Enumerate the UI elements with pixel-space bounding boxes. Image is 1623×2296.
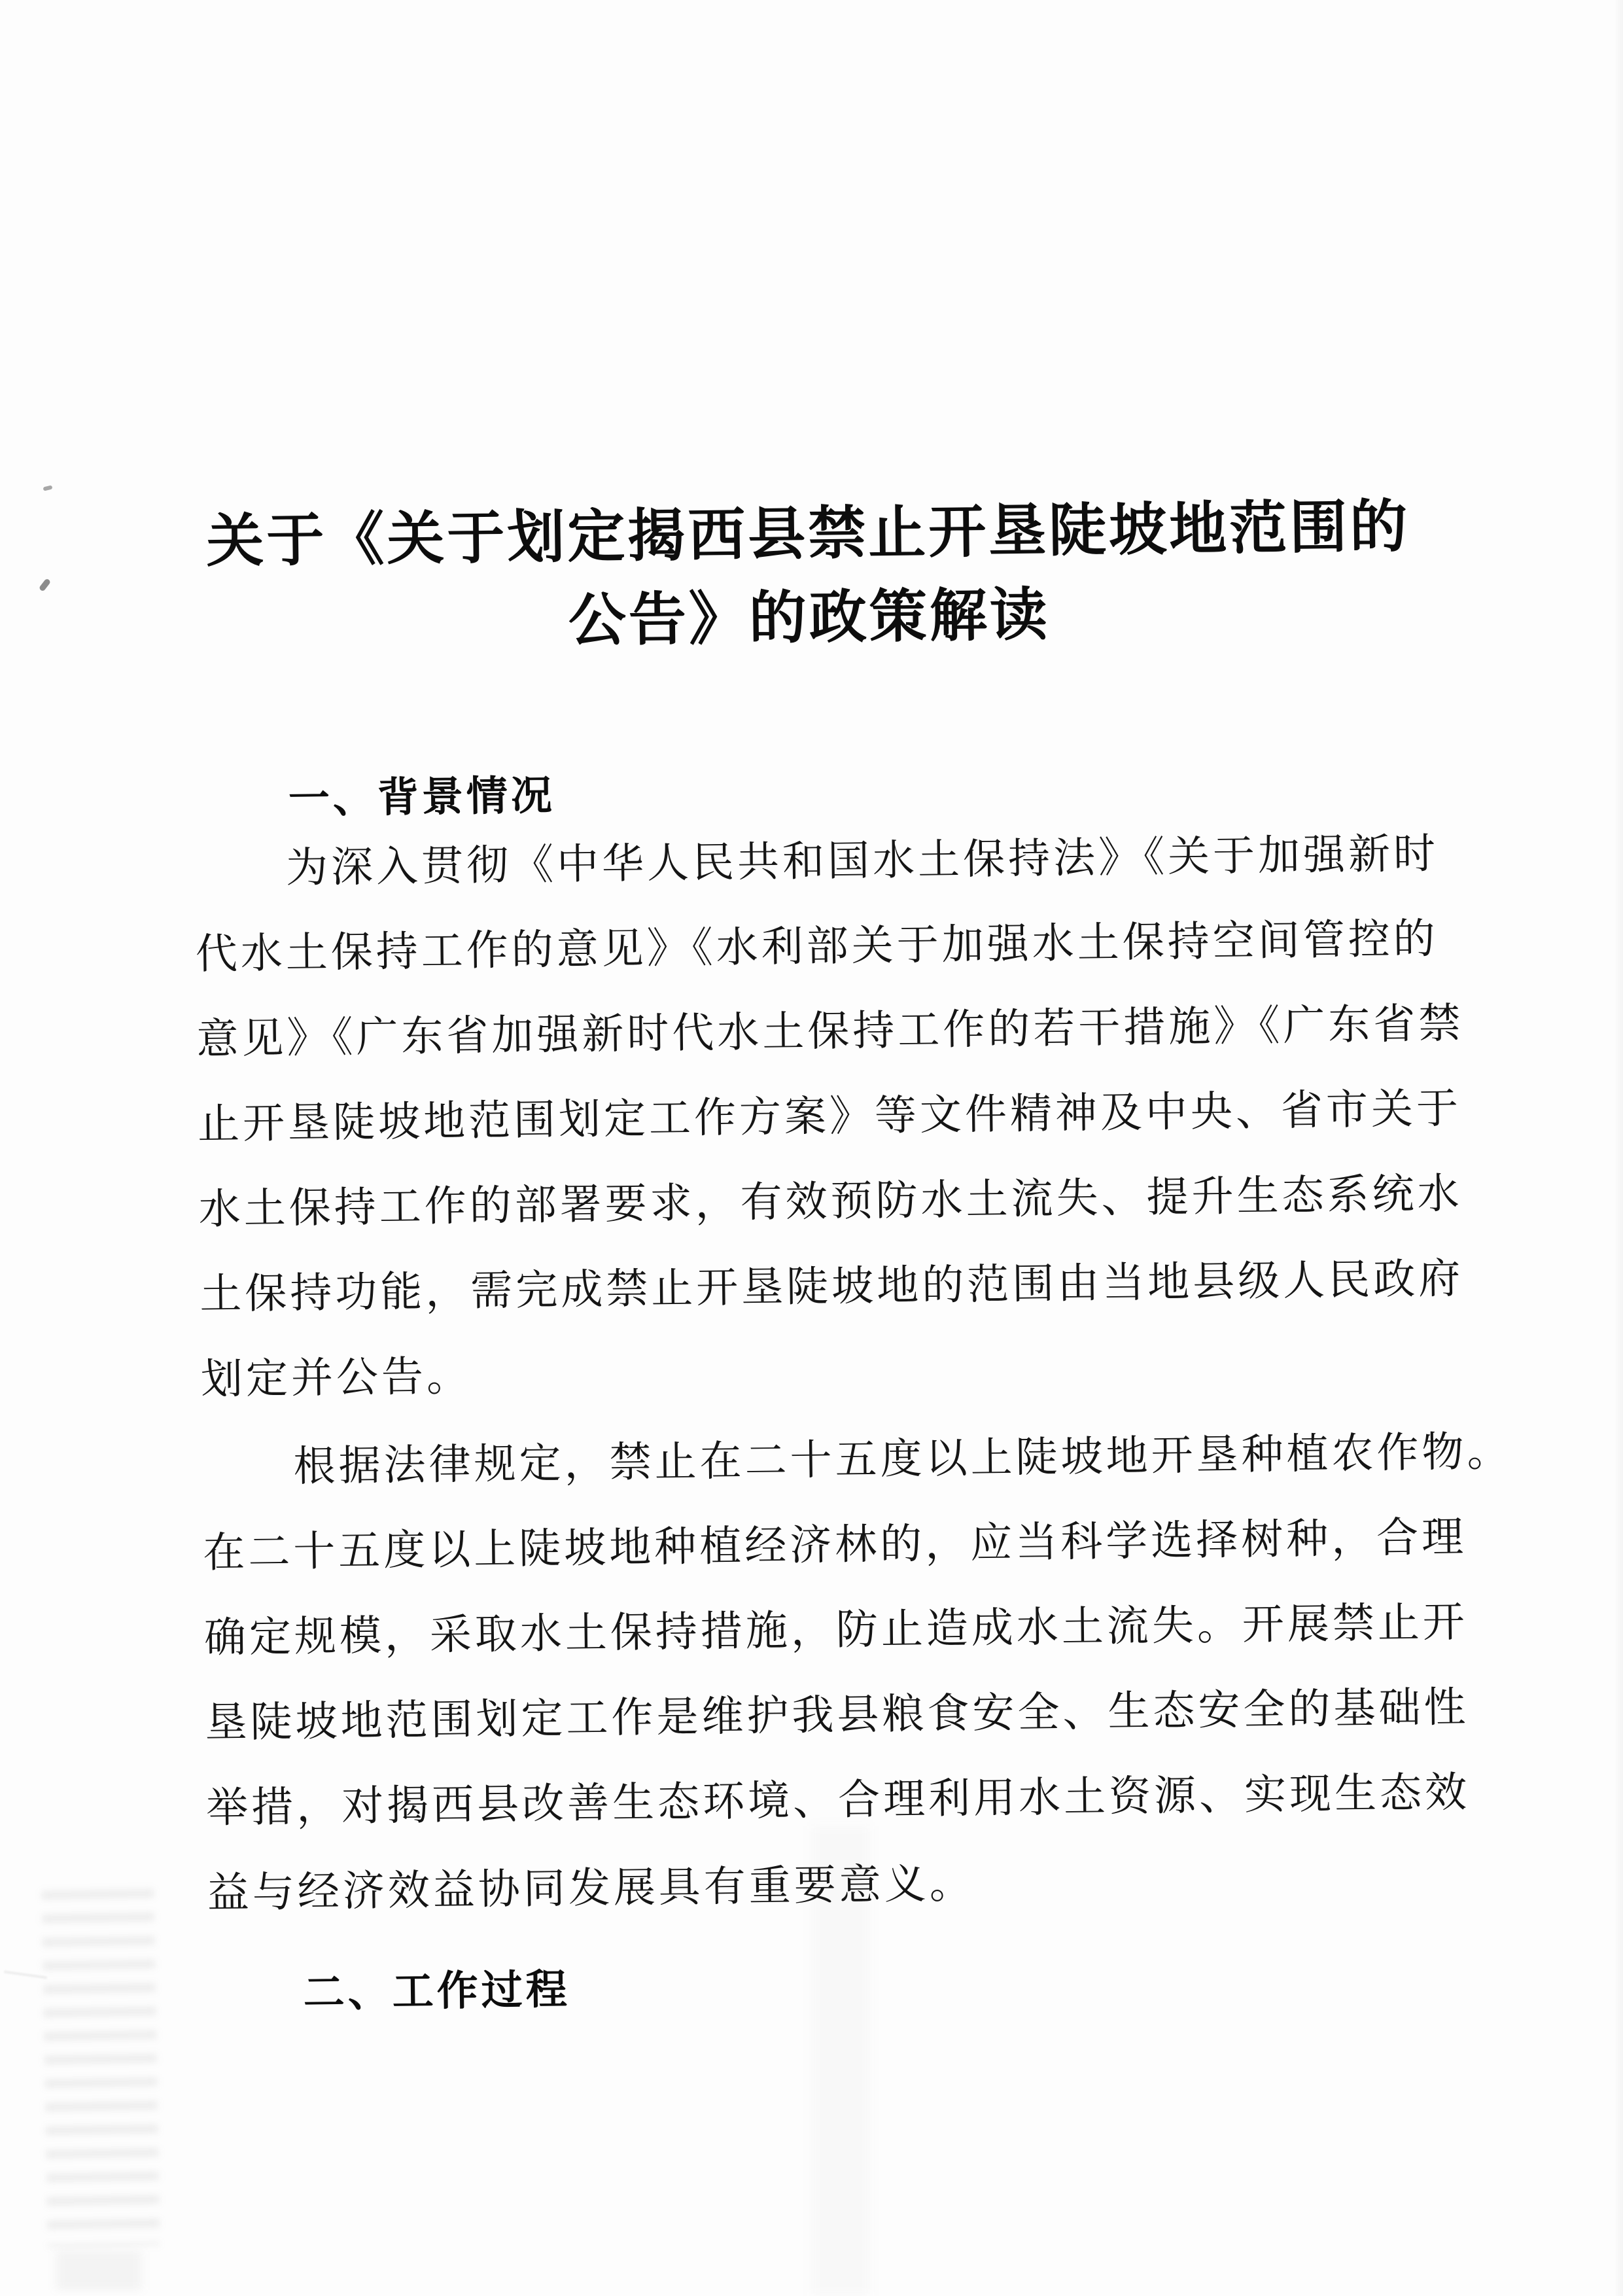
body-line: 确定规模，采取水土保持措施，防止造成水土流失。开展禁止开 xyxy=(203,1580,1470,1680)
body-line: 水土保持工作的部署要求，有效预防水土流失、提升生态系统水 xyxy=(198,1152,1465,1252)
body-line: 土保持功能，需完成禁止开垦陡坡地的范围由当地县级人民政府 xyxy=(200,1237,1466,1337)
body-line: 代水土保持工作的意见》《水利部关于加强水土保持空间管控的 xyxy=(195,896,1461,997)
scan-bleedthrough-ghost-text xyxy=(41,1889,160,2248)
scanned-document-page: 关于《关于划定揭西县禁止开垦陡坡地范围的 公告》的政策解读 一、背景情况 为深入… xyxy=(0,0,1623,2296)
body-line: 意见》《广东省加强新时代水土保持工作的若干措施》《广东省禁 xyxy=(196,981,1463,1082)
body-line: 垦陡坡地范围划定工作是维护我县粮食安全、生态安全的基础性 xyxy=(205,1665,1471,1765)
document-content: 关于《关于划定揭西县禁止开垦陡坡地范围的 公告》的政策解读 一、背景情况 为深入… xyxy=(0,0,1623,2020)
body-line: 止开垦陡坡地范围划定工作方案》等文件精神及中央、省市关于 xyxy=(197,1067,1463,1167)
body-line: 为深入贯彻《中华人民共和国水土保持法》《关于加强新时 xyxy=(194,811,1460,912)
body-line: 根据法律规定，禁止在二十五度以上陡坡地开垦种植农作物。 xyxy=(201,1409,1468,1510)
scan-streak xyxy=(811,1826,870,2296)
body-line: 划定并公告。 xyxy=(200,1321,1467,1422)
body-line: 在二十五度以上陡坡地种植经济林的，应当科学选择树种，合理 xyxy=(202,1494,1469,1595)
scan-edge-shadow xyxy=(1614,0,1623,2296)
paragraph-1: 为深入贯彻《中华人民共和国水土保持法》《关于加强新时 代水土保持工作的意见》《水… xyxy=(194,811,1467,1422)
document-title: 关于《关于划定揭西县禁止开垦陡坡地范围的 公告》的政策解读 xyxy=(0,482,1621,669)
scan-bleedthrough-smudge xyxy=(56,2251,141,2290)
